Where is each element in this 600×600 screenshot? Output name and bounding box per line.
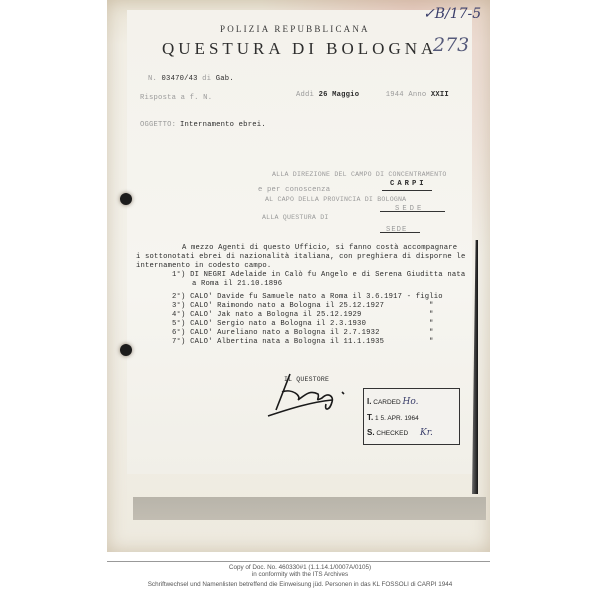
list-item: 6°) CALO' Aureliano nato a Bologna il 2.… xyxy=(172,329,380,337)
protocol-line: N. 03470/43 di Gab. xyxy=(148,75,234,83)
punch-hole xyxy=(120,193,132,205)
date-era-label: Anno xyxy=(408,91,426,99)
addressee-city-1: CARPI xyxy=(390,180,427,188)
subject-label: OGGETTO: xyxy=(140,121,176,129)
protocol-suffix: Gab. xyxy=(216,75,234,83)
list-item: 5°) CALO' Sergio nato a Bologna il 2.3.1… xyxy=(172,320,366,328)
item-text: CALO' Sergio nato a Bologna il 2.3.1930 xyxy=(190,320,366,328)
stamp-value: Kr. xyxy=(420,428,433,438)
item-text: CALO' Raimondo nato a Bologna il 25.12.1… xyxy=(190,302,384,310)
addressee-per: e per conoscenza xyxy=(258,186,330,194)
stamp-letter: I. xyxy=(367,397,371,406)
body-line-2: i sottonotati ebrei di nazionalità itali… xyxy=(136,253,465,261)
item-note: - figlio xyxy=(407,293,443,301)
item-note: " xyxy=(429,311,434,319)
handwritten-ref-text: B/17-5 xyxy=(435,6,481,22)
stamp-label: CHECKED xyxy=(376,430,408,437)
item-number: 3°) xyxy=(172,302,186,310)
body-line-1: A mezzo Agenti di questo Ufficio, si fan… xyxy=(182,244,457,252)
stamp-date: 1 5. APR. 1964 xyxy=(375,415,419,422)
underline xyxy=(380,211,445,212)
list-item: 4°) CALO' Jak nato a Bologna il 25.12.19… xyxy=(172,311,362,319)
list-item: 3°) CALO' Raimondo nato a Bologna il 25.… xyxy=(172,302,384,310)
item-number: 4°) xyxy=(172,311,186,319)
date-month: Maggio xyxy=(332,91,359,99)
footer-divider xyxy=(107,561,490,562)
footer-line-1: Copy of Doc. No. 460330#1 (1.1.14.1/0007… xyxy=(0,564,600,571)
handwritten-number: 273 xyxy=(433,34,469,56)
punch-hole xyxy=(120,344,132,356)
item-text: CALO' Aureliano nato a Bologna il 2.7.19… xyxy=(190,329,380,337)
protocol-number: 03470/43 xyxy=(162,75,198,83)
list-item-cont: a Roma il 21.10.1896 xyxy=(192,280,282,288)
list-item: 2°) CALO' Davide fu Samuele nato a Roma … xyxy=(172,293,443,301)
item-number: 6°) xyxy=(172,329,186,337)
date-day: 26 xyxy=(319,91,328,99)
list-item: 1°) DI NEGRI Adelaide in Calò fu Angelo … xyxy=(172,271,465,279)
item-text: CALO' Albertina nata a Bologna il 11.1.1… xyxy=(190,338,384,346)
subject-text: Internamento ebrei. xyxy=(180,121,266,129)
item-text: CALO' Davide fu Samuele nato a Roma il 3… xyxy=(190,293,402,301)
footer-line-2: in conformity with the ITS Archives xyxy=(0,571,600,578)
date-era: XXII xyxy=(431,91,449,99)
item-number: 1°) xyxy=(172,271,186,279)
addressee-line-2: AL CAPO DELLA PROVINCIA DI BOLOGNA xyxy=(265,196,406,203)
item-text: DI NEGRI Adelaide in Calò fu Angelo e di… xyxy=(190,271,465,279)
item-note: " xyxy=(429,338,434,346)
item-note: " xyxy=(429,329,434,337)
date-year: 1944 xyxy=(386,91,404,99)
footer-line-3: Schriftwechsel und Namenlisten betreffen… xyxy=(0,581,600,588)
item-note: " xyxy=(429,320,434,328)
item-number: 2°) xyxy=(172,293,186,301)
stamp-label: CARDED xyxy=(373,399,400,406)
stamp-value: Ho. xyxy=(403,397,419,407)
handwritten-ref: ✓B/17-5 xyxy=(423,6,481,22)
item-number: 5°) xyxy=(172,320,186,328)
item-note: " xyxy=(429,302,434,310)
date-line: Addì 26 Maggio 1944 Anno XXII xyxy=(296,91,449,99)
signature-icon xyxy=(262,370,357,420)
underline xyxy=(382,190,432,191)
addressee-line-3: ALLA QUESTURA DI xyxy=(262,214,329,221)
stamp-letter: T. xyxy=(367,413,373,422)
faint-line: Risposta a f. N. xyxy=(140,94,212,102)
addressee-line-1: ALLA DIREZIONE DEL CAMPO DI CONCENTRAMEN… xyxy=(272,171,447,178)
item-number: 7°) xyxy=(172,338,186,346)
header-office: QUESTURA DI BOLOGNA xyxy=(162,39,437,59)
scan-shadow xyxy=(133,497,486,520)
item-text: CALO' Jak nato a Bologna il 25.12.1929 xyxy=(190,311,362,319)
underline xyxy=(380,232,420,233)
body-line-3: internamento in codesto campo. xyxy=(136,262,271,270)
stamp-letter: S. xyxy=(367,428,375,437)
its-stamp: I. CARDED Ho. T. 1 5. APR. 1964 S. CHECK… xyxy=(363,388,460,445)
list-item: 7°) CALO' Albertina nata a Bologna il 11… xyxy=(172,338,384,346)
header-agency: POLIZIA REPUBBLICANA xyxy=(220,24,370,34)
